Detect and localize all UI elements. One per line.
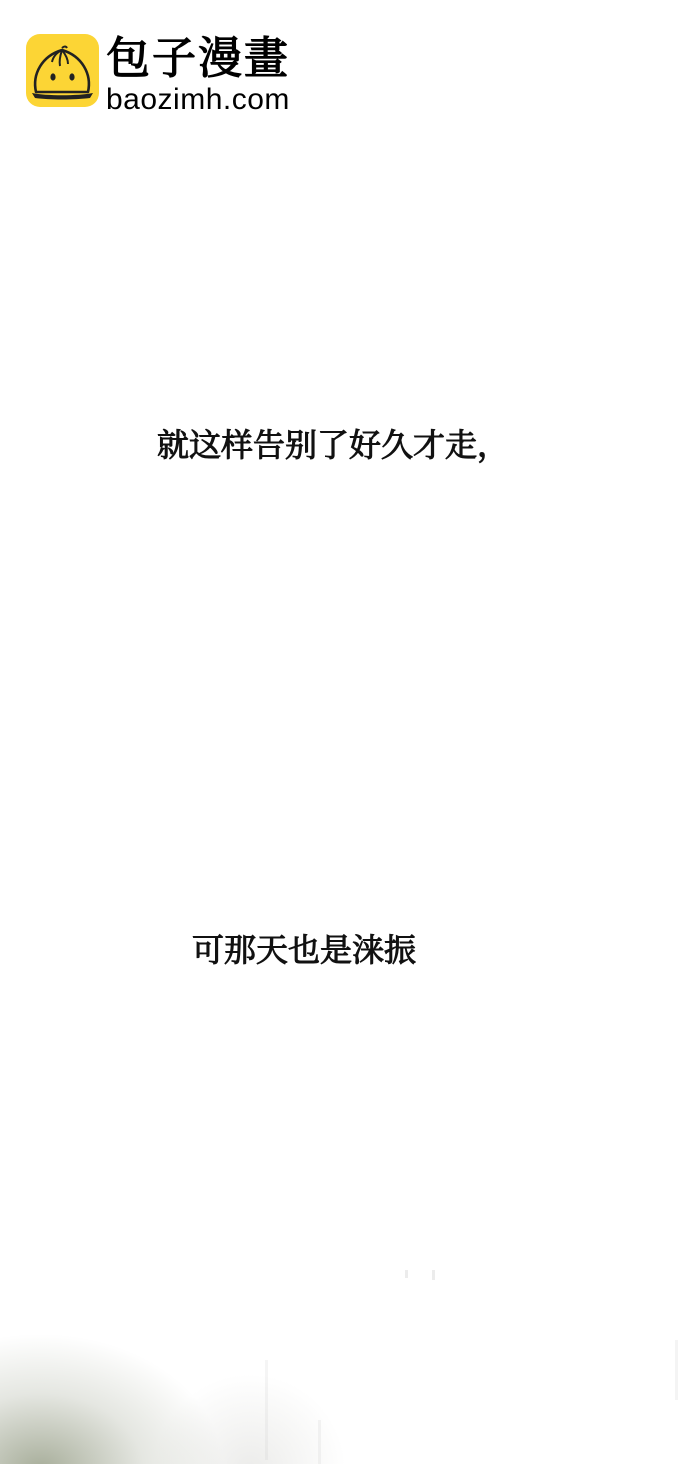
watermark-logo: 包子漫畫 baozimh.com — [26, 34, 99, 107]
mist-streak — [675, 1340, 678, 1400]
watermark-brand-url: baozimh.com — [106, 84, 290, 116]
mist-streak — [432, 1270, 435, 1280]
mist-streak — [405, 1270, 408, 1278]
misty-foliage-background — [0, 1240, 690, 1464]
mist-streak — [318, 1420, 321, 1464]
steamed-bun-logo-icon — [26, 34, 99, 107]
caption-text: 可那天也是涞振 — [192, 930, 416, 970]
watermark-brand-cn: 包子漫畫 — [106, 34, 290, 84]
mist-streak — [265, 1360, 268, 1460]
caption-text: 就这样告别了好久才走， — [157, 425, 509, 465]
